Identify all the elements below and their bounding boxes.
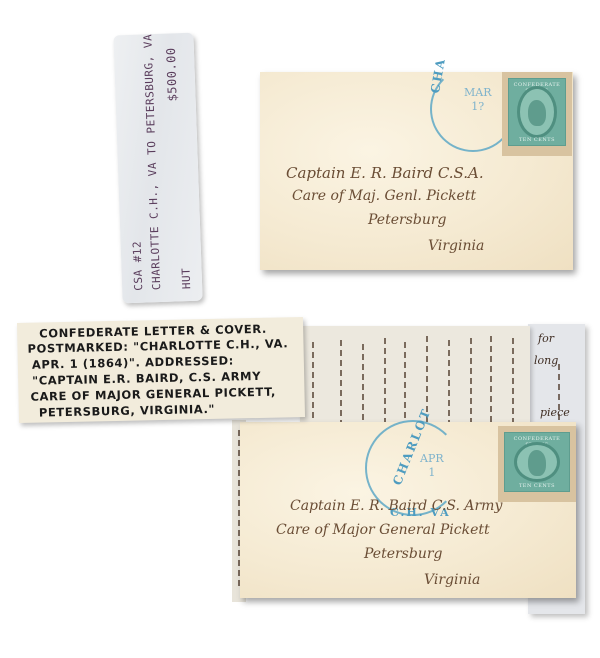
letter-page	[300, 326, 530, 426]
tag-catalog-number: CSA #12	[131, 241, 146, 291]
stamp-portrait-oval	[514, 442, 560, 482]
postage-stamp: CONFEDERATE STATES TEN CENTS	[498, 426, 576, 502]
address-line: Care of Maj. Genl. Pickett	[292, 188, 476, 204]
postage-stamp: CONFEDERATE STATES TEN CENTS	[502, 72, 572, 156]
address-line: Captain E. R. Baird C.S.A.	[286, 164, 484, 182]
tag-initials: HUT	[180, 267, 194, 289]
postmark-date: APR 1	[420, 452, 444, 480]
stamp-design: CONFEDERATE STATES TEN CENTS	[504, 432, 570, 492]
tag-price: $500.00	[164, 47, 180, 102]
note-line: PETERSBURG, VIRGINIA."	[39, 402, 215, 420]
postmark-date: MAR 1?	[464, 86, 492, 114]
note-line: CARE OF MAJOR GENERAL PICKETT,	[30, 385, 276, 404]
address-line: Care of Major General Pickett	[276, 522, 490, 538]
tag-text: CSA #12 CHARLOTTE C.H., VA TO PETERSBURG…	[113, 33, 202, 304]
note-line: APR. 1 (1864)". ADDRESSED:	[32, 353, 234, 371]
address-line: Petersburg	[368, 212, 447, 228]
address-line: Virginia	[424, 572, 480, 588]
stamp-design: CONFEDERATE STATES TEN CENTS	[508, 78, 566, 146]
top-cover-envelope: CHA MAR 1? CONFEDERATE STATES TEN CENTS …	[260, 72, 573, 270]
tag-route: CHARLOTTE C.H., VA TO PETERSBURG, VA	[141, 34, 163, 291]
portrait-icon	[528, 100, 546, 126]
portrait-icon	[528, 450, 546, 476]
stamp-portrait-oval	[517, 86, 557, 138]
address-line: Petersburg	[364, 546, 443, 562]
description-note: CONFEDERATE LETTER & COVER. POSTMARKED: …	[17, 317, 305, 423]
bottom-cover-envelope: CHARLOT C.H. VA APR 1 CONFEDERATE STATES…	[240, 422, 576, 598]
collector-tag: CSA #12 CHARLOTTE C.H., VA TO PETERSBURG…	[113, 33, 202, 304]
address-line: Captain E. R. Baird C.S. Army	[290, 498, 502, 514]
address-line: Virginia	[428, 238, 484, 254]
